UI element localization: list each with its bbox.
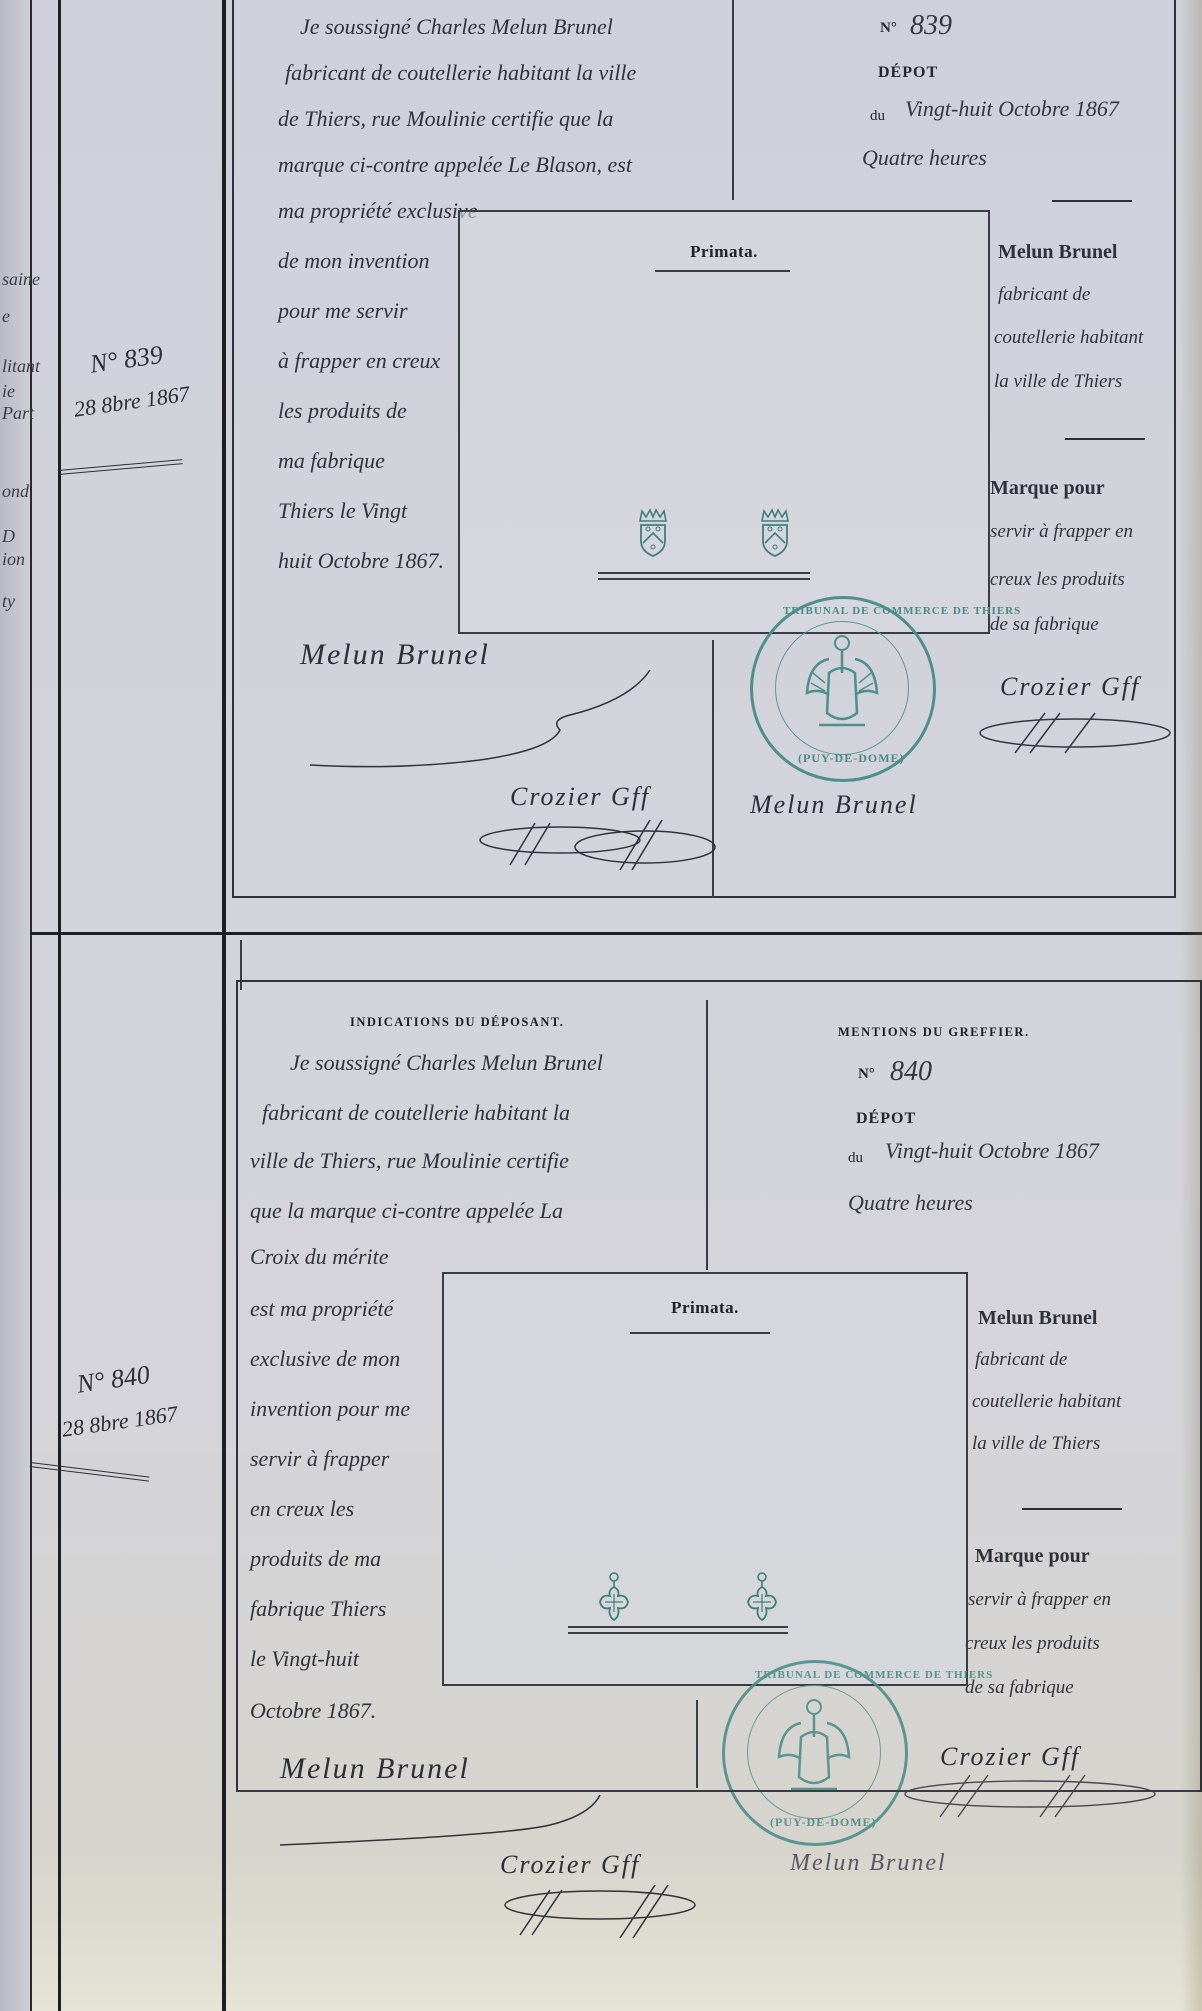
entry-separator-rule — [30, 932, 1202, 935]
margin-note-number: N° 840 — [75, 1360, 152, 1400]
number-label: N° — [880, 20, 897, 37]
left-page-fragment: ie — [2, 380, 15, 402]
left-page-fragment: litant — [2, 355, 40, 377]
left-page-fragment: saine — [2, 268, 40, 290]
tribunal-seal-stamp: TRIBUNAL DE COMMERCE DE THIERS (PUY-DE-D… — [750, 596, 936, 782]
trademark-specimen-box: Primata. — [458, 210, 990, 634]
specimen-title: Primata. — [460, 242, 988, 262]
cross-of-merit-icon — [742, 1572, 782, 1624]
depositant-header: INDICATIONS DU DÉPOSANT. — [350, 1015, 564, 1030]
number-label: N° — [858, 1066, 875, 1083]
statement-line: fabricant de coutellerie habitant la — [262, 1092, 570, 1134]
separator-rule — [1052, 200, 1132, 202]
depositor-name: Melun Brunel — [998, 232, 1117, 272]
signature-paraph-icon — [900, 1772, 1160, 1822]
deposit-number: 840 — [890, 1056, 932, 1088]
left-page-fragment: Part — [2, 402, 34, 424]
greffier-signature: Crozier Gff — [500, 1850, 640, 1880]
depositor-line: coutellerie habitant — [994, 318, 1143, 358]
margin-note-number: N° 839 — [88, 340, 165, 380]
statement-line: les produits de — [278, 390, 407, 432]
statement-line: Croix du mérite — [250, 1236, 389, 1278]
depositor-signature-right: Melun Brunel — [750, 790, 918, 820]
margin-note-date: 28 8bre 1867 — [72, 379, 192, 425]
du-label: du — [848, 1150, 863, 1167]
margin-note-underline — [30, 1462, 150, 1482]
statement-line: ma fabrique — [278, 440, 385, 482]
register-page: saine e litant ie Part ond D ion ty N° 8… — [0, 0, 1202, 2011]
margin-rule-main — [222, 0, 226, 2011]
margin-rule-left — [58, 0, 61, 2011]
coat-of-arms-icon — [758, 507, 792, 559]
mark-purpose-line: servir à frapper en — [968, 1580, 1111, 1620]
seal-text-top: TRIBUNAL DE COMMERCE DE THIERS — [783, 605, 1021, 617]
greffier-signature: Crozier Gff — [940, 1742, 1080, 1772]
deposit-time: Quatre heures — [848, 1190, 973, 1216]
deposit-date: Vingt-huit Octobre 1867 — [885, 1138, 1099, 1164]
du-label: du — [870, 108, 885, 125]
seal-text-bottom: (PUY-DE-DOME) — [798, 751, 905, 766]
statement-line: marque ci-contre appelée Le Blason, est — [278, 144, 632, 186]
depositor-name: Melun Brunel — [978, 1298, 1097, 1338]
seal-text-top: TRIBUNAL DE COMMERCE DE THIERS — [755, 1669, 993, 1681]
statement-line: Je soussigné Charles Melun Brunel — [300, 6, 613, 48]
left-page-fragment: ond — [2, 480, 29, 502]
depositor-line: fabricant de — [998, 275, 1090, 315]
specimen-double-rule — [598, 572, 810, 580]
mark-purpose-line: servir à frapper en — [990, 512, 1133, 552]
deposit-time: Quatre heures — [862, 145, 987, 171]
deposit-number: 839 — [910, 10, 952, 42]
margin-note-underline — [58, 459, 183, 475]
seal-text-bottom: (PUY-DE-DOME) — [770, 1815, 877, 1830]
cross-of-merit-icon — [594, 1572, 634, 1624]
specimen-title: Primata. — [444, 1298, 966, 1318]
statement-line: servir à frapper — [250, 1438, 389, 1480]
signature-flourish-icon — [300, 660, 680, 780]
statement-line: pour me servir — [278, 290, 408, 332]
adjacent-left-page: saine e litant ie Part ond D ion ty — [0, 0, 32, 2011]
column-divider-top — [732, 0, 734, 200]
statement-line: est ma propriété — [250, 1288, 393, 1330]
signature-paraph-icon — [470, 1880, 700, 1940]
separator-rule — [1065, 438, 1145, 440]
depositor-signature-right: Melun Brunel — [790, 1850, 947, 1877]
column-divider-bottom — [696, 1700, 698, 1788]
statement-line: fabrique Thiers — [250, 1588, 386, 1630]
specimen-double-rule — [568, 1626, 788, 1634]
statement-line: invention pour me — [250, 1388, 410, 1430]
left-page-fragment: e — [2, 305, 10, 327]
statement-line: en creux les — [250, 1488, 354, 1530]
left-page-fragment: D — [2, 525, 15, 547]
statement-line: de Thiers, rue Moulinie certifie que la — [278, 98, 613, 140]
signature-paraph-icon — [975, 708, 1175, 758]
statement-line: le Vingt-huit — [250, 1638, 359, 1680]
trademark-specimen-box: Primata. — [442, 1272, 968, 1686]
greffier-header: MENTIONS DU GREFFIER. — [838, 1025, 1030, 1040]
column-divider-top — [706, 1000, 708, 1270]
statement-line: Je soussigné Charles Melun Brunel — [290, 1042, 603, 1084]
left-page-fragment: ty — [2, 590, 15, 612]
bottom-form-rule — [236, 1790, 1198, 1792]
mark-purpose-line: creux les produits — [990, 560, 1125, 600]
depositor-line: fabricant de — [975, 1340, 1067, 1380]
depot-label: DÉPOT — [878, 64, 938, 82]
statement-line: huit Octobre 1867. — [278, 540, 444, 582]
statement-line: produits de ma — [250, 1538, 381, 1580]
statement-line: exclusive de mon — [250, 1338, 400, 1380]
statement-line: que la marque ci-contre appelée La — [250, 1190, 563, 1232]
separator-rule — [1022, 1508, 1122, 1510]
title-underline — [630, 1332, 770, 1334]
deposit-date: Vingt-huit Octobre 1867 — [905, 96, 1119, 122]
title-underline — [655, 270, 790, 272]
depositor-line: coutellerie habitant — [972, 1382, 1121, 1422]
statement-line: fabricant de coutellerie habitant la vil… — [285, 52, 636, 94]
statement-line: de mon invention — [278, 240, 430, 282]
tribunal-seal-stamp: TRIBUNAL DE COMMERCE DE THIERS (PUY-DE-D… — [722, 1660, 908, 1846]
statement-line: ma propriété exclusive — [278, 190, 478, 232]
coat-of-arms-icon — [636, 507, 670, 559]
greffier-signature: Crozier Gff — [510, 782, 650, 812]
mark-purpose-heading: Marque pour — [975, 1536, 1090, 1576]
depositor-signature: Melun Brunel — [280, 1752, 470, 1786]
depositor-line: la ville de Thiers — [972, 1424, 1100, 1464]
statement-line: Octobre 1867. — [250, 1690, 376, 1732]
depositor-line: la ville de Thiers — [994, 362, 1122, 402]
mark-purpose-heading: Marque pour — [990, 468, 1105, 508]
mark-purpose-line: creux les produits — [965, 1624, 1100, 1664]
greffier-signature: Crozier Gff — [1000, 672, 1140, 702]
margin-note-date: 28 8bre 1867 — [60, 1399, 180, 1445]
statement-line: Thiers le Vingt — [278, 490, 407, 532]
statement-line: à frapper en creux — [278, 340, 440, 382]
statement-line: ville de Thiers, rue Moulinie certifie — [250, 1140, 569, 1182]
signature-paraph-icon — [470, 815, 720, 875]
imperial-eagle-icon — [799, 633, 885, 743]
depot-label: DÉPOT — [856, 1110, 916, 1128]
left-page-fragment: ion — [2, 548, 25, 570]
